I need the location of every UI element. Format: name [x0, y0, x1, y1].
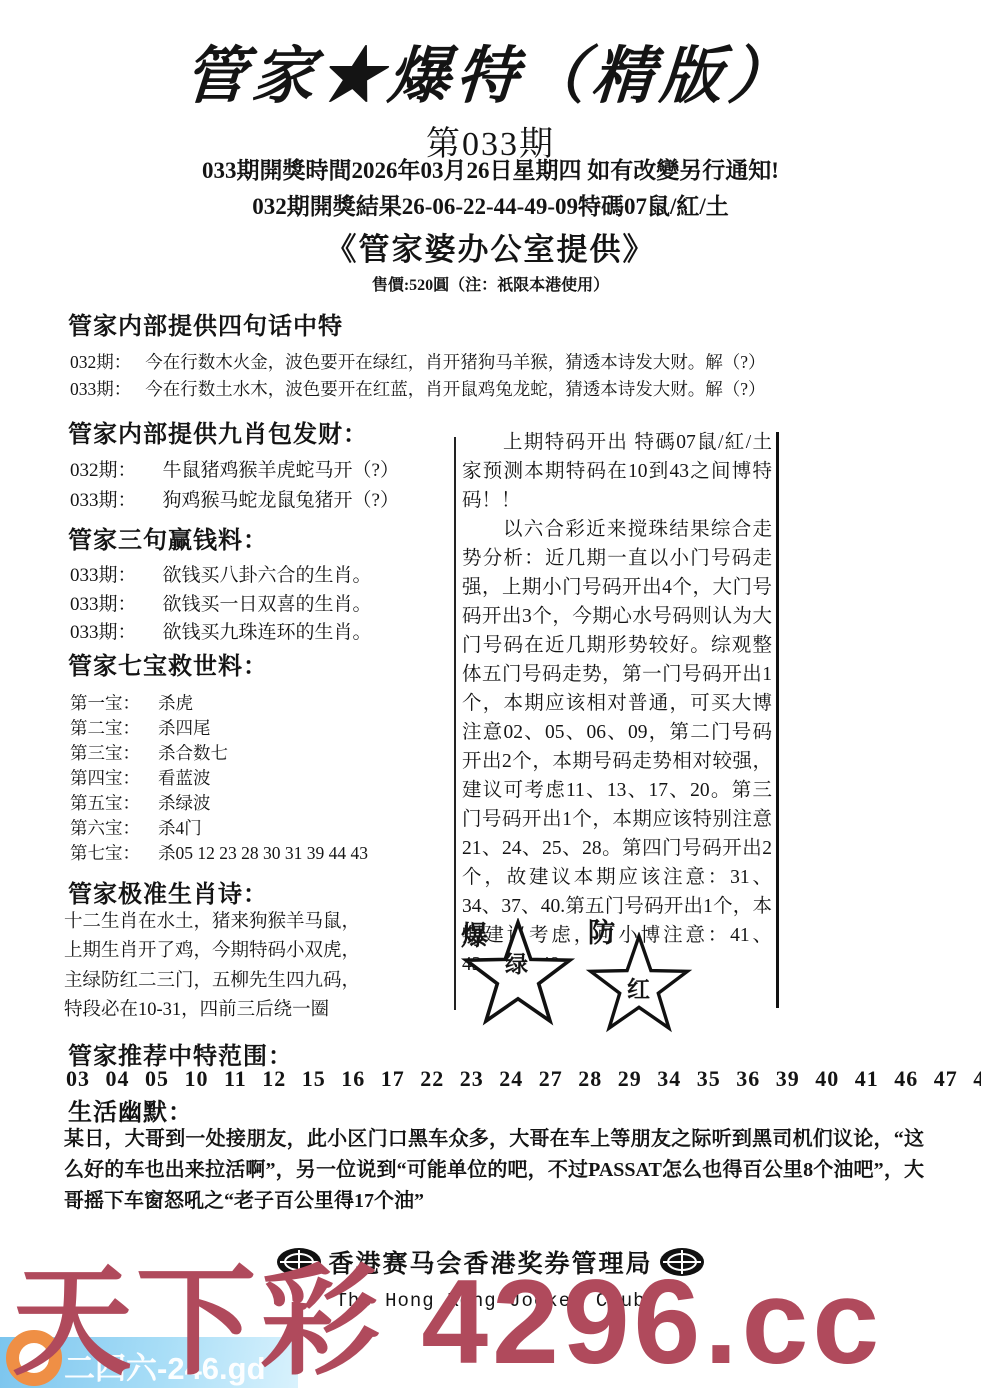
last-draw-result: 032期開獎結果26-06-22-44-49-09特碼07鼠/紅/土: [0, 188, 981, 221]
section-heading-four-sentence: 管家内部提供四句话中特: [68, 306, 343, 341]
poem-line: 上期生肖开了鸡，今期特码小双虎，: [64, 936, 360, 962]
provider-line: 《管家婆办公室提供》: [0, 224, 981, 269]
row-text: 杀虎: [158, 693, 193, 713]
star-outside-label: 防: [588, 911, 615, 950]
seven-treasure-row: 第三宝：杀合数七: [70, 740, 228, 765]
nine-xiao-row: 033期：狗鸡猴马蛇龙鼠兔猪开（?）: [70, 485, 399, 512]
row-text: 杀05 12 23 28 30 31 39 44 43: [158, 843, 368, 863]
seven-treasure-row: 第一宝：杀虎: [70, 690, 193, 715]
section-heading-seven-treasure: 管家七宝救世料：: [68, 646, 268, 681]
analysis-paragraph: 上期特码开出 特碼07鼠/紅/土 家预测本期特码在10到43之间博特码！！: [462, 428, 772, 515]
star-inside-label: 红: [627, 971, 650, 1004]
row-text: 狗鸡猴马蛇龙鼠兔猪开（?）: [163, 490, 399, 511]
seven-treasure-row: 第六宝：杀4门: [70, 815, 202, 840]
row-text: 牛鼠猪鸡猴羊虎蛇马开（?）: [163, 460, 399, 481]
row-text: 杀4门: [158, 818, 202, 838]
draw-time-notice: 033期開獎時間2026年03月26日星期四 如有改變另行通知!: [0, 152, 981, 185]
star-outside-label: 爆: [461, 914, 488, 953]
star-inside-label: 绿: [505, 946, 528, 979]
price-note: 售價:520圓（注：祇限本港使用）: [0, 272, 981, 295]
row-text: 欲钱买一日双喜的生肖。: [163, 594, 372, 615]
watermark-site-text: 天下彩 4296.cc: [12, 1262, 883, 1382]
seven-treasure-row: 第七宝：杀05 12 23 28 30 31 39 44 43: [70, 840, 368, 865]
row-text: 杀合数七: [158, 743, 228, 763]
period-label: 033期：: [70, 622, 137, 643]
treasure-label: 第一宝：: [70, 693, 140, 713]
four-sentence-row: 033期：今在行数土水木，波色要开在红蓝，肖开鼠鸡兔龙蛇，猜透本诗发大财。解（?…: [70, 376, 766, 401]
row-text: 看蓝波: [158, 768, 211, 788]
column-divider-right: [776, 432, 779, 1008]
three-win-row: 033期：欲钱买一日双喜的生肖。: [70, 589, 372, 616]
seven-treasure-row: 第五宝：杀绿波: [70, 790, 211, 815]
section-heading-zodiac-poem: 管家极准生肖诗：: [68, 874, 268, 909]
row-text: 杀四尾: [158, 718, 211, 738]
column-divider-left: [454, 437, 456, 1010]
period-label: 033期：: [70, 594, 137, 615]
poem-line: 十二生肖在水土，猪来狗猴羊马鼠，: [64, 907, 360, 933]
section-heading-three-win: 管家三句赢钱料：: [68, 520, 268, 555]
seven-treasure-row: 第四宝：看蓝波: [70, 765, 211, 790]
analysis-column: 上期特码开出 特碼07鼠/紅/土 家预测本期特码在10到43之间博特码！！ 以六…: [462, 428, 772, 979]
recommend-numbers: 03 04 05 10 11 12 15 16 17 22 23 24 27 2…: [66, 1066, 981, 1092]
row-text: 欲钱买九珠连环的生肖。: [163, 622, 372, 643]
analysis-paragraph: 以六合彩近来搅珠结果综合走势分析：近几期一直以小门号码走强，上期小门号码开出4个…: [462, 515, 772, 979]
poem-line: 主绿防红二三门，五柳先生四九码，: [64, 966, 360, 992]
seven-treasure-row: 第二宝：杀四尾: [70, 715, 211, 740]
humor-text: 某日，大哥到一处接朋友，此小区门口黑车众多，大哥在车上等朋友之际听到黑司机们议论…: [64, 1124, 924, 1217]
page-title: 管家★爆特（精版）: [0, 26, 981, 115]
three-win-row: 033期：欲钱买八卦六合的生肖。: [70, 560, 372, 587]
treasure-label: 第七宝：: [70, 843, 140, 863]
treasure-label: 第二宝：: [70, 718, 140, 738]
treasure-label: 第四宝：: [70, 768, 140, 788]
row-text: 今在行数木火金，波色要开在绿红，肖开猪狗马羊猴，猜透本诗发大财。解（?）: [145, 352, 765, 372]
treasure-label: 第五宝：: [70, 793, 140, 813]
row-text: 今在行数土水木，波色要开在红蓝，肖开鼠鸡兔龙蛇，猜透本诗发大财。解（?）: [145, 379, 765, 399]
period-label: 033期：: [70, 565, 137, 586]
poem-line: 特段必在10-31，四前三后绕一圈: [64, 995, 329, 1021]
row-text: 欲钱买八卦六合的生肖。: [163, 565, 372, 586]
period-label: 033期：: [70, 490, 137, 511]
four-sentence-row: 032期：今在行数木火金，波色要开在绿红，肖开猪狗马羊猴，猜透本诗发大财。解（?…: [70, 349, 766, 374]
period-label: 033期：: [70, 379, 131, 399]
period-label: 032期：: [70, 460, 137, 481]
section-heading-nine-xiao: 管家内部提供九肖包发财：: [68, 414, 368, 449]
period-label: 032期：: [70, 352, 131, 372]
treasure-label: 第六宝：: [70, 818, 140, 838]
three-win-row: 033期：欲钱买九珠连环的生肖。: [70, 617, 372, 644]
section-heading-humor: 生活幽默：: [68, 1092, 193, 1127]
row-text: 杀绿波: [158, 793, 211, 813]
nine-xiao-row: 032期：牛鼠猪鸡猴羊虎蛇马开（?）: [70, 455, 399, 482]
treasure-label: 第三宝：: [70, 743, 140, 763]
